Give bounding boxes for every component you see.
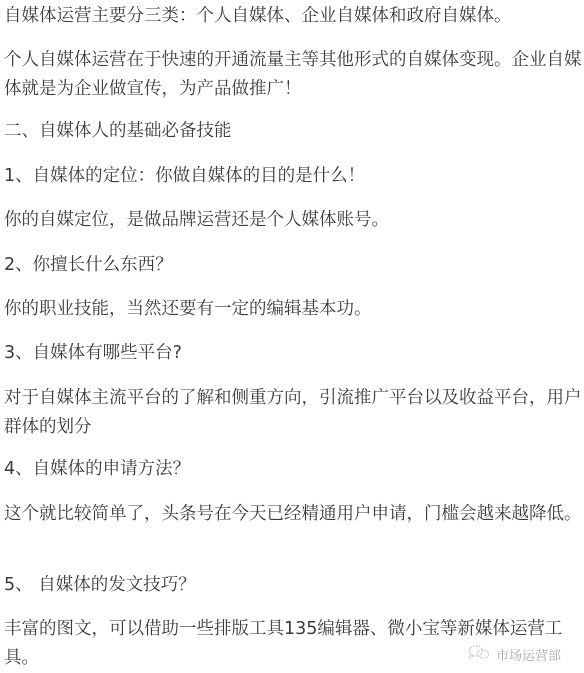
paragraph-application: 这个就比较简单了，头条号在今天已经精通用户申请，门槛会越来越降低。 [4, 500, 582, 529]
paragraph-strengths: 你的职业技能，当然还要有一定的编辑基本功。 [4, 295, 582, 324]
item-heading-positioning: 1、自媒体的定位：你做自媒体的目的是什么！ [4, 162, 582, 191]
watermark: 市场运营部 [468, 644, 561, 664]
paragraph-positioning: 你的自媒定位，是做品牌运营还是个人媒体账号。 [4, 206, 582, 235]
paragraph-personal-vs-enterprise: 个人自媒体运营在于快速的开通流量主等其他形式的自媒体变现。企业自媒体就是为企业做… [4, 46, 582, 104]
wechat-icon [468, 644, 490, 664]
watermark-label: 市场运营部 [496, 645, 561, 664]
item-heading-platforms: 3、自媒体有哪些平台? [4, 339, 582, 368]
item-heading-strengths: 2、你擅长什么东西？ [4, 251, 582, 280]
paragraph-intro: 自媒体运营主要分三类：个人自媒体、企业自媒体和政府自媒体。 [4, 2, 582, 31]
item-heading-posting-tips: 5、 自媒体的发文技巧？ [4, 571, 582, 600]
paragraph-platforms: 对于自媒体主流平台的了解和侧重方向，引流推广平台以及收益平台，用户群体的划分 [4, 384, 582, 442]
item-heading-application: 4、自媒体的申请方法？ [4, 455, 582, 484]
section-heading-basic-skills: 二、自媒体人的基础必备技能 [4, 117, 582, 146]
